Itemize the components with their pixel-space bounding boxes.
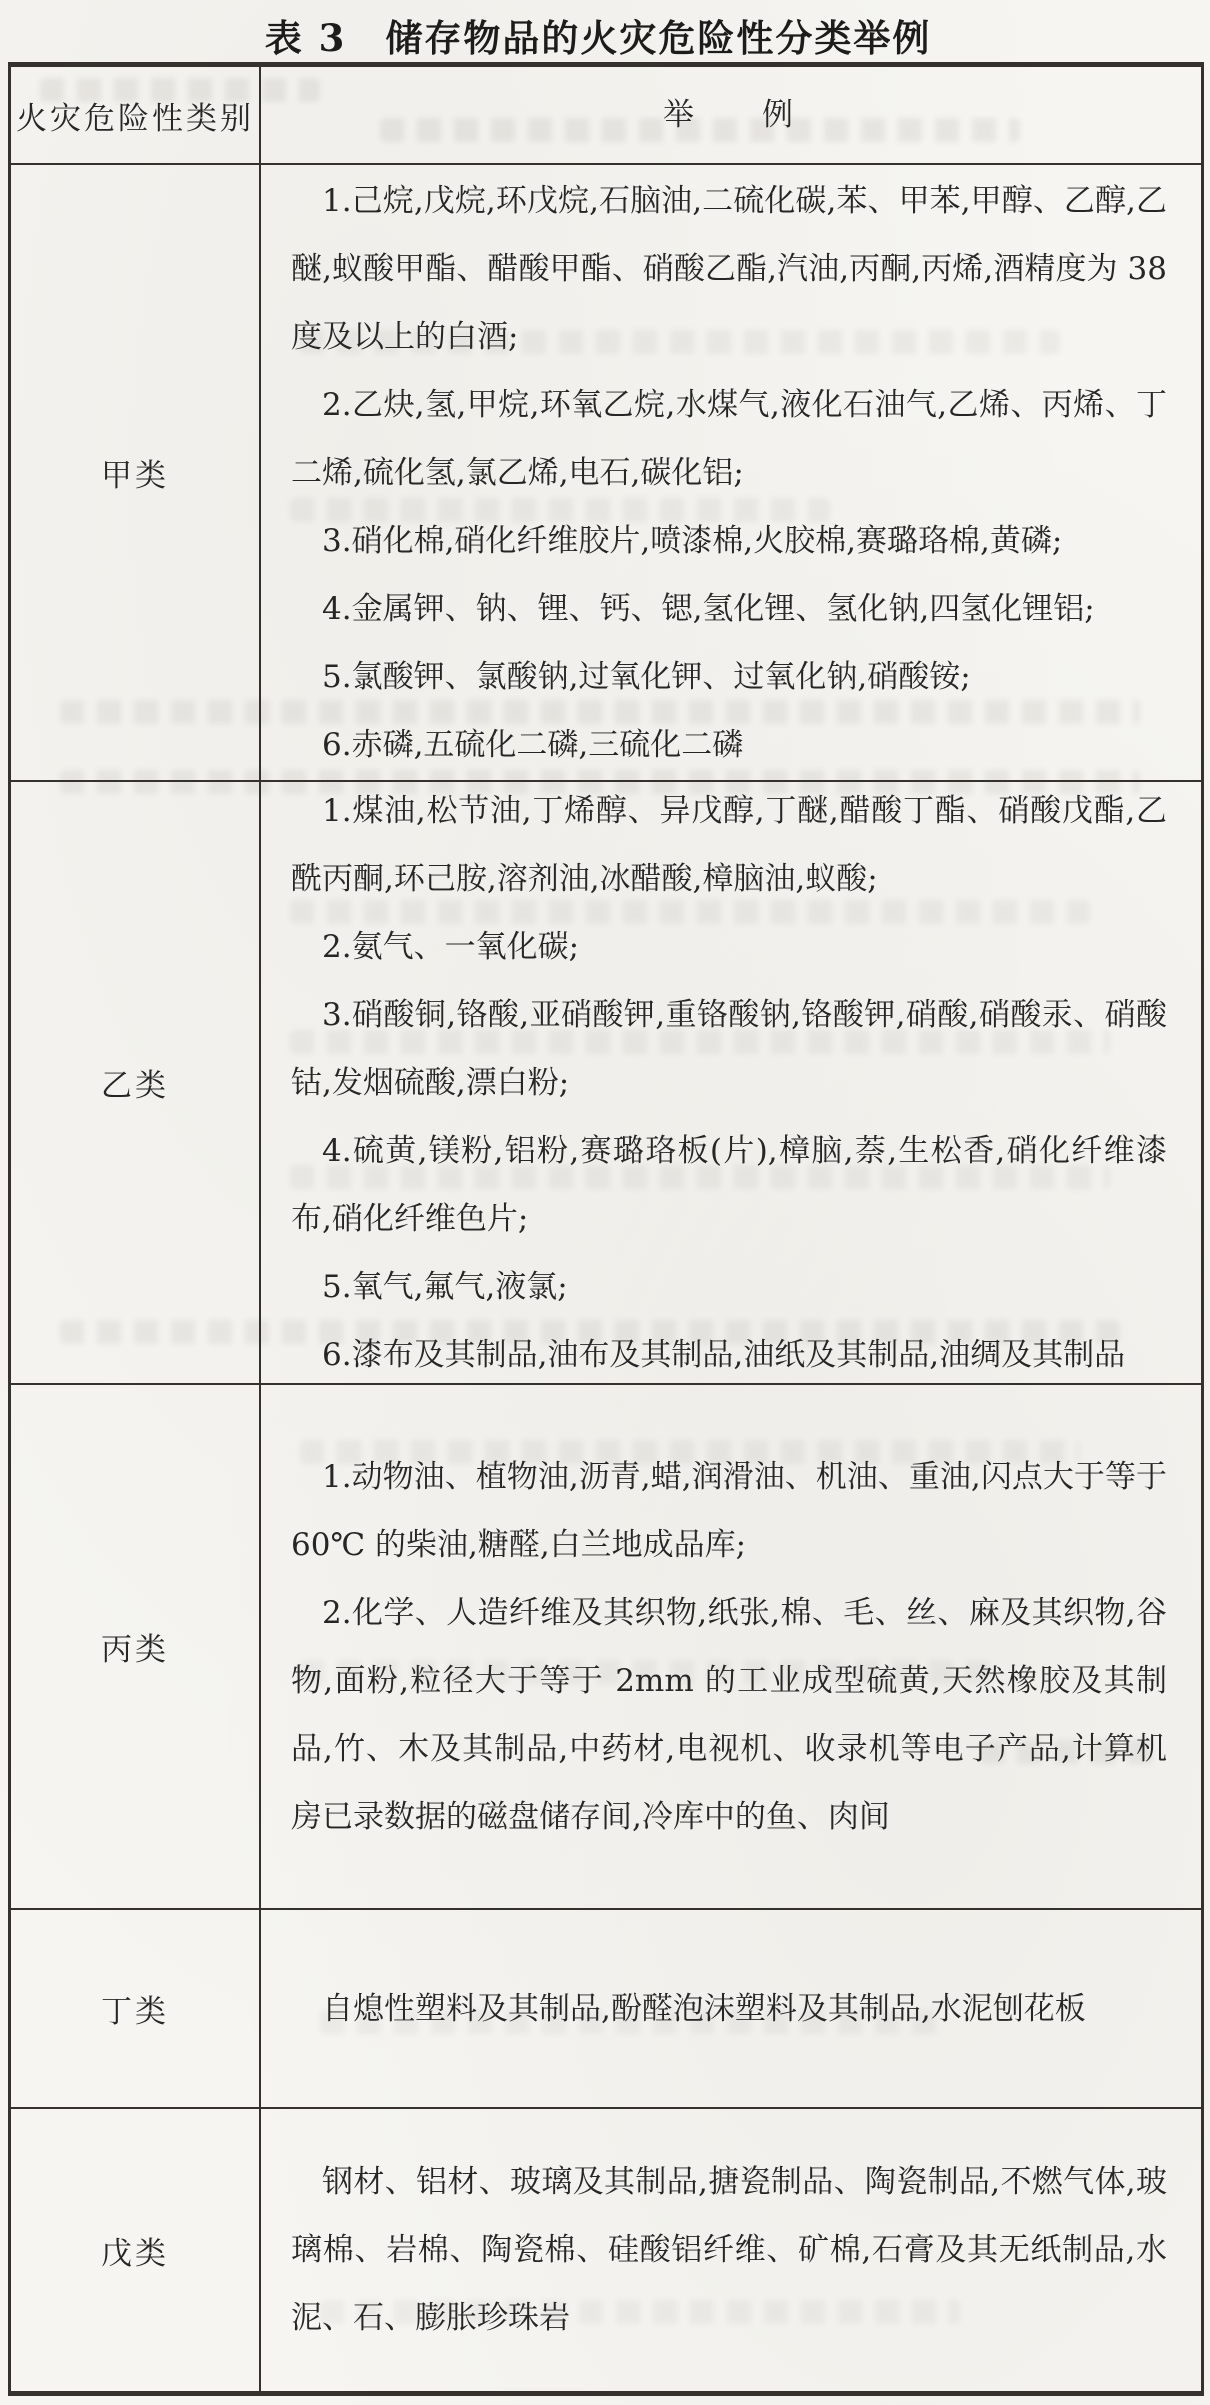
example-item: 钢材、铝材、玻璃及其制品,搪瓷制品、陶瓷制品,不燃气体,玻璃棉、岩棉、陶瓷棉、硅… xyxy=(291,2148,1167,2352)
table-header-row: 火灾危险性类别 举 例 xyxy=(11,67,1201,165)
table-caption: 表 3 储存物品的火灾危险性分类举例 xyxy=(8,8,1188,62)
example-item: 4.硫黄,镁粉,铝粉,赛璐珞板(片),樟脑,萘,生松香,硝化纤维漆布,硝化纤维色… xyxy=(291,1117,1167,1253)
category-label-wu: 戊类 xyxy=(11,2109,261,2391)
examples-cell-jia: 1.己烷,戊烷,环戊烷,石脑油,二硫化碳,苯、甲苯,甲醇、乙醇,乙醚,蚁酸甲酯、… xyxy=(261,165,1201,780)
header-examples-cell: 举 例 xyxy=(261,67,1201,163)
example-item: 2.氨气、一氧化碳; xyxy=(291,913,1167,981)
example-item: 2.化学、人造纤维及其织物,纸张,棉、毛、丝、麻及其织物,谷物,面粉,粒径大于等… xyxy=(291,1579,1167,1851)
examples-cell-bing: 1.动物油、植物油,沥青,蜡,润滑油、机油、重油,闪点大于等于 60℃ 的柴油,… xyxy=(261,1385,1201,1908)
scanned-document-page: { "page": { "title": "表 3 储存物品的火灾危险性分类举例… xyxy=(0,0,1210,2405)
example-item: 6.漆布及其制品,油布及其制品,油纸及其制品,油绸及其制品 xyxy=(291,1321,1167,1389)
example-item: 5.氯酸钾、氯酸钠,过氧化钾、过氧化钠,硝酸铵; xyxy=(291,643,1167,711)
category-label-bing: 丙类 xyxy=(11,1385,261,1908)
table-row-bing: 丙类 1.动物油、植物油,沥青,蜡,润滑油、机油、重油,闪点大于等于 60℃ 的… xyxy=(11,1385,1201,1910)
example-item: 3.硝化棉,硝化纤维胶片,喷漆棉,火胶棉,赛璐珞棉,黄磷; xyxy=(291,507,1167,575)
example-item: 3.硝酸铜,铬酸,亚硝酸钾,重铬酸钠,铬酸钾,硝酸,硝酸汞、硝酸钴,发烟硫酸,漂… xyxy=(291,981,1167,1117)
table-row-ding: 丁类 自熄性塑料及其制品,酚醛泡沫塑料及其制品,水泥刨花板 xyxy=(11,1910,1201,2109)
example-item: 4.金属钾、钠、锂、钙、锶,氢化锂、氢化钠,四氢化锂铝; xyxy=(291,575,1167,643)
example-item: 1.动物油、植物油,沥青,蜡,润滑油、机油、重油,闪点大于等于 60℃ 的柴油,… xyxy=(291,1443,1167,1579)
category-label-yi: 乙类 xyxy=(11,782,261,1383)
category-label-ding: 丁类 xyxy=(11,1910,261,2107)
category-label-jia: 甲类 xyxy=(11,165,261,780)
table-row-jia: 甲类 1.己烷,戊烷,环戊烷,石脑油,二硫化碳,苯、甲苯,甲醇、乙醇,乙醚,蚁酸… xyxy=(11,165,1201,782)
example-item: 2.乙炔,氢,甲烷,环氧乙烷,水煤气,液化石油气,乙烯、丙烯、丁二烯,硫化氢,氯… xyxy=(291,371,1167,507)
example-item: 1.煤油,松节油,丁烯醇、异戊醇,丁醚,醋酸丁酯、硝酸戊酯,乙酰丙酮,环己胺,溶… xyxy=(291,777,1167,913)
example-item: 5.氧气,氟气,液氯; xyxy=(291,1253,1167,1321)
table-row-wu: 戊类 钢材、铝材、玻璃及其制品,搪瓷制品、陶瓷制品,不燃气体,玻璃棉、岩棉、陶瓷… xyxy=(11,2109,1201,2391)
header-category-cell: 火灾危险性类别 xyxy=(11,67,261,163)
examples-cell-wu: 钢材、铝材、玻璃及其制品,搪瓷制品、陶瓷制品,不燃气体,玻璃棉、岩棉、陶瓷棉、硅… xyxy=(261,2109,1201,2391)
example-item: 1.己烷,戊烷,环戊烷,石脑油,二硫化碳,苯、甲苯,甲醇、乙醇,乙醚,蚁酸甲酯、… xyxy=(291,167,1167,371)
examples-cell-yi: 1.煤油,松节油,丁烯醇、异戊醇,丁醚,醋酸丁酯、硝酸戊酯,乙酰丙酮,环己胺,溶… xyxy=(261,782,1201,1383)
fire-hazard-classification-table: 火灾危险性类别 举 例 甲类 1.己烷,戊烷,环戊烷,石脑油,二硫化碳,苯、甲苯… xyxy=(8,62,1204,2396)
table-row-yi: 乙类 1.煤油,松节油,丁烯醇、异戊醇,丁醚,醋酸丁酯、硝酸戊酯,乙酰丙酮,环己… xyxy=(11,782,1201,1385)
example-item: 自熄性塑料及其制品,酚醛泡沫塑料及其制品,水泥刨花板 xyxy=(291,1975,1167,2043)
example-item: 6.赤磷,五硫化二磷,三硫化二磷 xyxy=(291,711,1167,779)
examples-cell-ding: 自熄性塑料及其制品,酚醛泡沫塑料及其制品,水泥刨花板 xyxy=(261,1910,1201,2107)
